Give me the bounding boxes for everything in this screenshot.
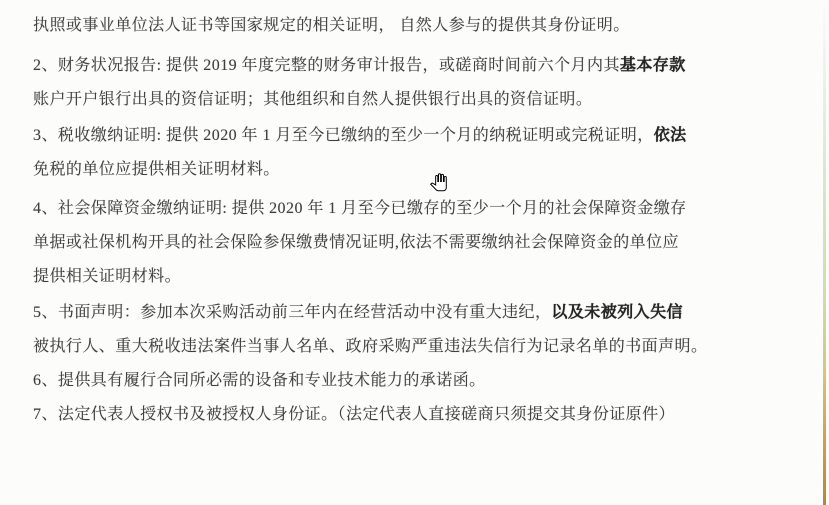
text-segment: 被执行人、重大税收违法案件当事人名单、政府采购严重违法失信行为记录名单的书面声明… [33, 333, 707, 356]
paragraph: 3、税收缴纳证明: 提供 2020 年 1 月至今已缴纳的至少一个月的纳税证明或… [33, 116, 793, 184]
text-line: 7、法定代表人授权书及被授权人身份证。（法定代表人直接磋商只须提交其身份证原件） [33, 395, 793, 429]
text-line: 4、社会保障资金缴纳证明: 提供 2020 年 1 月至今已缴存的至少一个月的社… [33, 189, 793, 223]
text-line: 5、书面声明：参加本次采购活动前三年内在经营活动中没有重大违纪，以及未被列入失信 [33, 293, 793, 327]
text-segment: 单据或社保机构开具的社会保险参保缴费情况证明,依法不需要缴纳社会保障资金的单位应 [33, 229, 679, 252]
paragraph: 2、财务状况报告: 提供 2019 年度完整的财务审计报告，或磋商时间前六个月内… [33, 46, 793, 114]
text-segment: 5、书面声明：参加本次采购活动前三年内在经营活动中没有重大违纪， [33, 299, 551, 322]
text-segment: 账户开户银行出具的资信证明；其他组织和自然人提供银行出具的资信证明。 [33, 86, 592, 109]
text-segment: 6、提供具有履行合同所必需的设备和专业技术能力的承诺函。 [33, 367, 486, 390]
bold-text-segment: 依法 [654, 122, 687, 145]
paragraph: 6、提供具有履行合同所必需的设备和专业技术能力的承诺函。 [33, 361, 793, 395]
text-segment: 4、社会保障资金缴纳证明: 提供 2020 年 1 月至今已缴存的至少一个月的社… [33, 195, 687, 218]
text-line: 3、税收缴纳证明: 提供 2020 年 1 月至今已缴纳的至少一个月的纳税证明或… [33, 116, 793, 150]
scanned-document-page: 执照或事业单位法人证书等国家规定的相关证明， 自然人参与的提供其身份证明。2、财… [0, 0, 829, 505]
text-line: 提供相关证明材料。 [33, 257, 793, 291]
text-segment: 7、法定代表人授权书及被授权人身份证。（法定代表人直接磋商只须提交其身份证原件） [33, 401, 675, 424]
paragraph: 执照或事业单位法人证书等国家规定的相关证明， 自然人参与的提供其身份证明。 [33, 6, 793, 40]
text-line: 6、提供具有履行合同所必需的设备和专业技术能力的承诺函。 [33, 361, 793, 395]
page-edge-strip [823, 0, 826, 505]
document-text: 执照或事业单位法人证书等国家规定的相关证明， 自然人参与的提供其身份证明。2、财… [33, 6, 793, 429]
paragraph: 4、社会保障资金缴纳证明: 提供 2020 年 1 月至今已缴存的至少一个月的社… [33, 189, 793, 291]
text-segment: 免税的单位应提供相关证明材料。 [33, 156, 280, 179]
text-line: 免税的单位应提供相关证明材料。 [33, 150, 793, 184]
text-line: 被执行人、重大税收违法案件当事人名单、政府采购严重违法失信行为记录名单的书面声明… [33, 327, 793, 361]
bold-text-segment: 基本存款 [620, 52, 686, 75]
bold-text-segment: 以及未被列入失信 [551, 299, 683, 322]
text-line: 账户开户银行出具的资信证明；其他组织和自然人提供银行出具的资信证明。 [33, 80, 793, 114]
text-line: 单据或社保机构开具的社会保险参保缴费情况证明,依法不需要缴纳社会保障资金的单位应 [33, 223, 793, 257]
text-segment: 提供相关证明材料。 [33, 263, 181, 286]
text-line: 2、财务状况报告: 提供 2019 年度完整的财务审计报告，或磋商时间前六个月内… [33, 46, 793, 80]
text-line: 执照或事业单位法人证书等国家规定的相关证明， 自然人参与的提供其身份证明。 [33, 6, 793, 40]
paragraph: 7、法定代表人授权书及被授权人身份证。（法定代表人直接磋商只须提交其身份证原件） [33, 395, 793, 429]
text-segment: 3、税收缴纳证明: 提供 2020 年 1 月至今已缴纳的至少一个月的纳税证明或… [33, 122, 654, 145]
paragraph: 5、书面声明：参加本次采购活动前三年内在经营活动中没有重大违纪，以及未被列入失信… [33, 293, 793, 361]
text-segment: 2、财务状况报告: 提供 2019 年度完整的财务审计报告，或磋商时间前六个月内… [33, 52, 620, 75]
text-segment: 执照或事业单位法人证书等国家规定的相关证明， 自然人参与的提供其身份证明。 [33, 12, 630, 35]
